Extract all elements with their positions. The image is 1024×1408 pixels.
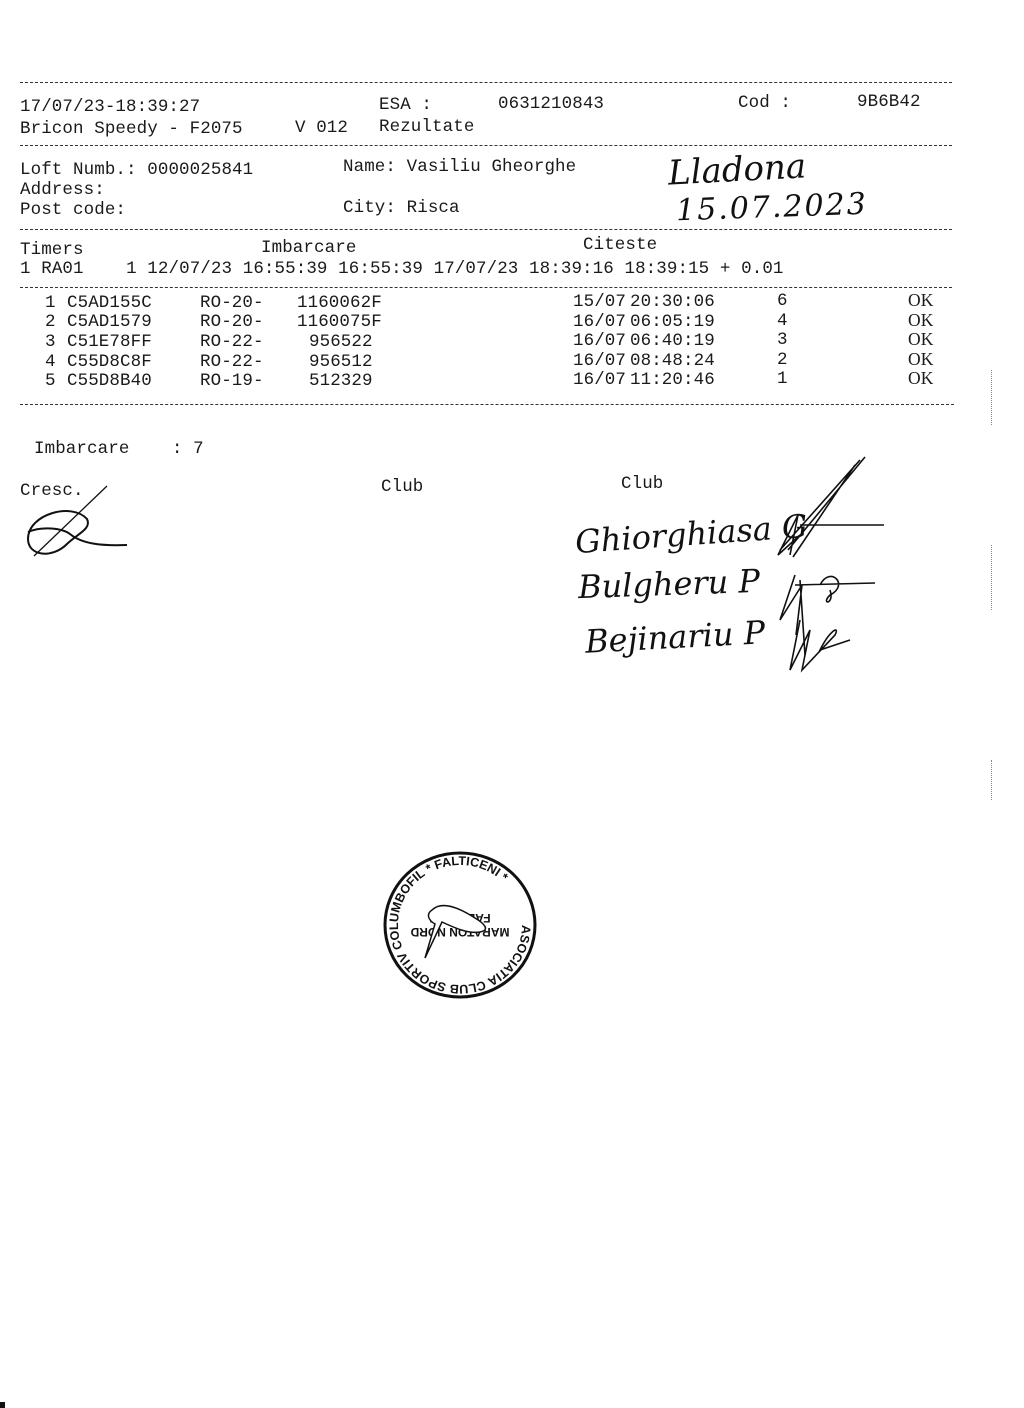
row-index: 4 — [45, 352, 56, 372]
timers-imbarcare-label: Imbarcare — [261, 238, 356, 258]
post-code: Post code: — [20, 200, 137, 220]
handwritten-race-location: Lladona — [667, 146, 807, 193]
status: OK — [908, 329, 933, 349]
chip-id: C51E78FF — [67, 332, 152, 352]
ring-number: 956522 — [309, 332, 373, 352]
arrival-time: 06:40:19 — [630, 331, 715, 351]
loft-number: Loft Numb.: 0000025841 — [20, 160, 253, 180]
arrival-date: 16/07 — [573, 370, 626, 390]
timer-index: 1 — [20, 259, 31, 279]
row-index: 1 — [45, 293, 56, 313]
chip-id: C5AD1579 — [67, 312, 152, 332]
citeste-time-2: 18:39:15 — [624, 259, 709, 279]
club-member-signature: Bulgheru P — [577, 562, 760, 606]
report-type: Rezultate — [379, 117, 474, 137]
timers-citeste-label: Citeste — [583, 235, 657, 255]
device-name: Bricon Speedy - F2075 — [20, 119, 243, 139]
position: 6 — [777, 291, 788, 311]
ring-prefix: RO-19- — [200, 371, 264, 391]
status: OK — [908, 368, 933, 388]
status: OK — [908, 349, 933, 369]
status: OK — [908, 290, 933, 310]
imbarcare-summary-separator: : — [172, 439, 183, 459]
ring-number: 1160075F — [297, 312, 382, 332]
timer-id: RA01 — [41, 259, 83, 279]
name-value: Vasiliu Gheorghe — [407, 157, 577, 177]
position: 1 — [777, 369, 788, 389]
chip-id: C55D8C8F — [67, 352, 152, 372]
club-label-1: Club — [381, 477, 423, 497]
ring-prefix: RO-20- — [200, 312, 264, 332]
arrival-date: 15/07 — [573, 292, 626, 312]
postcode-label: Post code: — [20, 200, 126, 220]
imbarcare-summary-count: 7 — [193, 439, 204, 459]
divider — [20, 404, 954, 405]
imbarcare-date: 12/07/23 — [147, 259, 232, 279]
city: City: Risca — [343, 198, 460, 218]
citeste-date: 17/07/23 — [434, 259, 519, 279]
esa-value: 0631210843 — [498, 94, 604, 114]
imbarcare-time-1: 16:55:39 — [243, 259, 328, 279]
position: 2 — [777, 350, 788, 370]
scan-artifact-line — [991, 545, 992, 610]
arrival-time: 20:30:06 — [630, 292, 715, 312]
ring-number: 512329 — [309, 371, 373, 391]
position: 4 — [777, 311, 788, 331]
arrival-time: 06:05:19 — [630, 312, 715, 332]
fancier-name: Name: Vasiliu Gheorghe — [343, 157, 576, 177]
status: OK — [908, 310, 933, 330]
scan-artifact-dot — [0, 1402, 5, 1408]
handwritten-race-date: 15.07.2023 — [675, 187, 868, 229]
arrival-date: 16/07 — [573, 312, 626, 332]
chip-id: C55D8B40 — [67, 371, 152, 391]
chip-id: C5AD155C — [67, 293, 152, 313]
loft-value: 0000025841 — [147, 160, 253, 180]
divider — [20, 82, 952, 83]
divider — [20, 145, 952, 146]
timer-row: 1 RA01 1 12/07/23 16:55:39 16:55:39 17/0… — [20, 259, 784, 279]
club-initials-scribbles — [760, 455, 890, 685]
ring-prefix: RO-22- — [200, 332, 264, 352]
citeste-time-1: 18:39:16 — [529, 259, 614, 279]
timer-deviation: + 0.01 — [720, 259, 784, 279]
club-member-signature: Bejinariu P — [584, 613, 766, 660]
imbarcare-time-2: 16:55:39 — [338, 259, 423, 279]
row-index: 2 — [45, 312, 56, 332]
club-label-2: Club — [621, 474, 663, 494]
city-label: City: — [343, 198, 396, 218]
divider — [20, 287, 952, 288]
arrival-time: 08:48:24 — [630, 351, 715, 371]
ring-number: 1160062F — [297, 293, 382, 313]
divider — [20, 229, 952, 230]
club-stamp: ASOCIATIA CLUB SPORTIV COLUMBOFIL * FALT… — [380, 850, 540, 1000]
address: Address: — [20, 180, 115, 200]
row-index: 5 — [45, 371, 56, 391]
timer-count: 1 — [126, 259, 137, 279]
ring-number: 956512 — [309, 352, 373, 372]
arrival-date: 16/07 — [573, 331, 626, 351]
ring-prefix: RO-22- — [200, 352, 264, 372]
device-version: V 012 — [295, 118, 348, 138]
esa-label: ESA : — [379, 95, 432, 115]
cod-value: 9B6B42 — [857, 92, 921, 112]
breeder-signature — [22, 484, 132, 564]
address-label: Address: — [20, 180, 105, 200]
scan-artifact-line — [991, 760, 992, 800]
scan-artifact-line — [991, 370, 992, 425]
city-value: Risca — [407, 198, 460, 218]
imbarcare-summary-label: Imbarcare — [34, 439, 129, 459]
name-label: Name: — [343, 157, 396, 177]
ring-prefix: RO-20- — [200, 293, 264, 313]
arrival-date: 16/07 — [573, 351, 626, 371]
position: 3 — [777, 330, 788, 350]
row-index: 3 — [45, 332, 56, 352]
timers-label: Timers — [20, 240, 84, 260]
arrival-time: 11:20:46 — [630, 370, 715, 390]
print-datetime: 17/07/23-18:39:27 — [20, 97, 200, 117]
cod-label: Cod : — [738, 93, 791, 113]
loft-label: Loft Numb.: — [20, 160, 137, 180]
imbarcare-summary: Imbarcare : 7 — [34, 439, 204, 459]
